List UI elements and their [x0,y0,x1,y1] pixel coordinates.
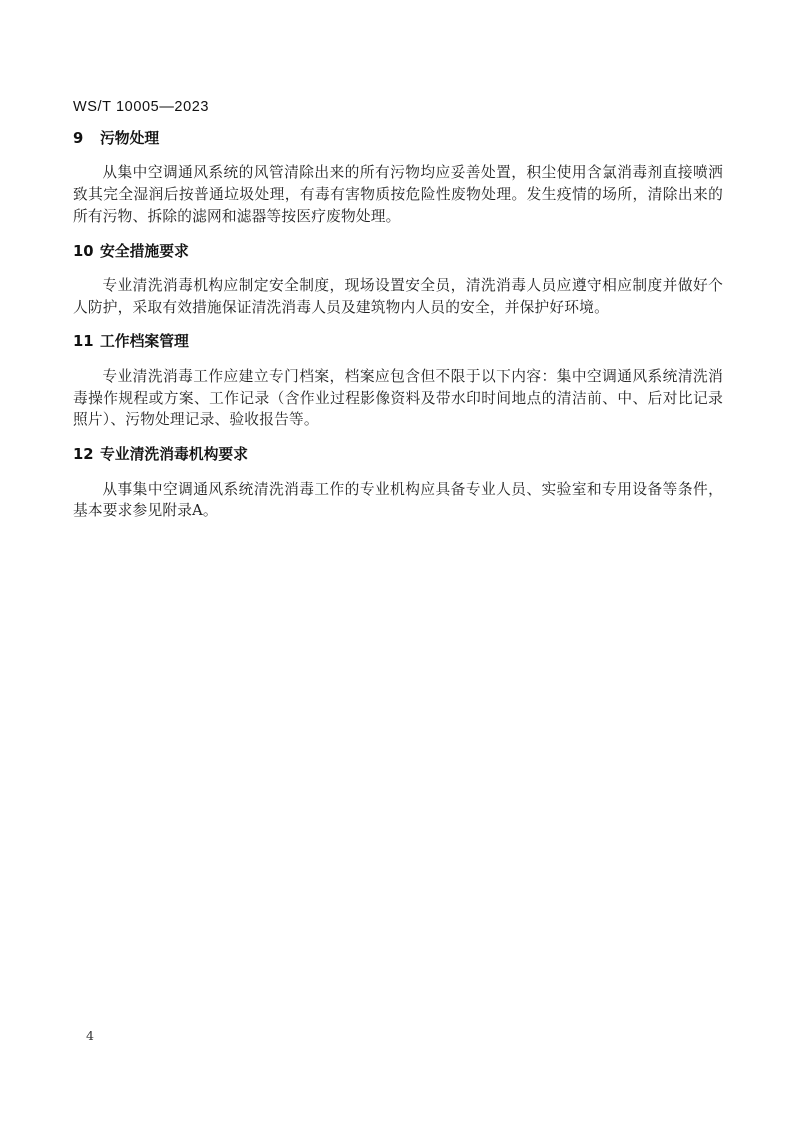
section-title: 污物处理 [100,130,159,147]
section-title: 安全措施要求 [100,243,189,260]
section-paragraph: 从集中空调通风系统的风管清除出来的所有污物均应妥善处置，积尘使用含氯消毒剂直接喷… [73,162,723,227]
section-institution-requirements: 12专业清洗消毒机构要求 从事集中空调通风系统清洗消毒工作的专业机构应具备专业人… [73,446,723,522]
section-safety-measures: 10安全措施要求 专业清洗消毒机构应制定安全制度，现场设置安全员，清洗消毒人员应… [73,243,723,319]
section-heading: 12专业清洗消毒机构要求 [73,446,723,464]
section-title: 工作档案管理 [100,333,189,350]
section-heading: 9污物处理 [73,130,723,148]
page-content: WS/T 10005—2023 9污物处理 从集中空调通风系统的风管清除出来的所… [73,100,723,522]
page-number: 4 [86,1028,94,1043]
section-work-records: 11工作档案管理 专业清洗消毒工作应建立专门档案，档案应包含但不限于以下内容：集… [73,333,723,431]
section-heading: 10安全措施要求 [73,243,723,261]
section-title: 专业清洗消毒机构要求 [100,446,248,463]
section-paragraph: 专业清洗消毒机构应制定安全制度，现场设置安全员，清洗消毒人员应遵守相应制度并做好… [73,275,723,318]
section-number: 11 [73,333,100,351]
section-number: 9 [73,130,100,148]
section-heading: 11工作档案管理 [73,333,723,351]
doc-number: WS/T 10005—2023 [73,100,723,115]
section-waste-treatment: 9污物处理 从集中空调通风系统的风管清除出来的所有污物均应妥善处置，积尘使用含氯… [73,130,723,228]
section-number: 10 [73,243,100,261]
section-paragraph: 专业清洗消毒工作应建立专门档案，档案应包含但不限于以下内容：集中空调通风系统清洗… [73,366,723,431]
document-page: WS/T 10005—2023 9污物处理 从集中空调通风系统的风管清除出来的所… [0,0,793,1122]
section-paragraph: 从事集中空调通风系统清洗消毒工作的专业机构应具备专业人员、实验室和专用设备等条件… [73,479,723,522]
section-number: 12 [73,446,100,464]
